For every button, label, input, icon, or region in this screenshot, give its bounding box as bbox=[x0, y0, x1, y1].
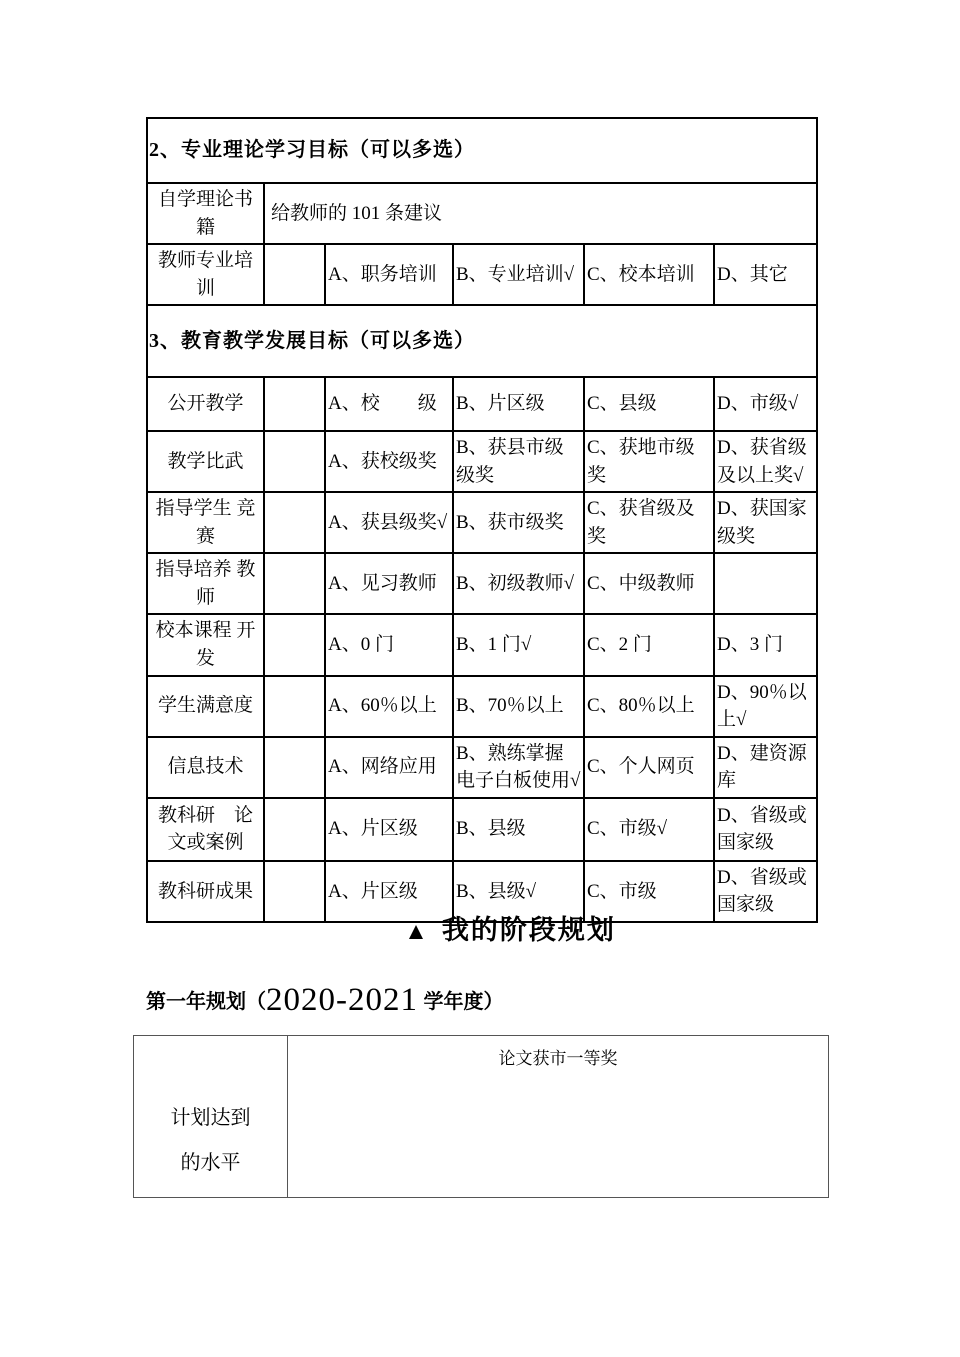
row-label-training: 教师专业培训 bbox=[147, 244, 264, 305]
option-cell-c: C、2 门 bbox=[584, 614, 714, 675]
table-row: 指导学生 竞赛 A、获县级奖√ B、获市级奖 C、获省级及奖 D、获国家级奖 bbox=[147, 492, 817, 553]
option-cell-b: B、熟练掌握电子白板使用√ bbox=[453, 737, 584, 798]
section-3-title-row: 3、教育教学发展目标（可以多选） bbox=[147, 305, 817, 377]
option-cell-a: A、职务培训 bbox=[325, 244, 453, 305]
table-row: 计划达到 的水平 论文获市一等奖 bbox=[134, 1036, 829, 1198]
row-label: 教学比武 bbox=[147, 431, 264, 492]
spacer-cell bbox=[264, 377, 325, 431]
option-cell-d: D、获省级及以上奖√ bbox=[714, 431, 817, 492]
spacer-cell bbox=[264, 798, 325, 861]
section-2-title: 2、专业理论学习目标（可以多选） bbox=[147, 118, 817, 183]
section-3-title: 3、教育教学发展目标（可以多选） bbox=[147, 305, 817, 377]
spacer-cell bbox=[264, 737, 325, 798]
first-year-plan-line: 第一年规划（2020-2021 学年度） bbox=[146, 980, 504, 1022]
year-plan-title: 第一年规划 bbox=[146, 991, 246, 1013]
option-cell-b: B、1 门√ bbox=[453, 614, 584, 675]
option-cell-d bbox=[714, 553, 817, 614]
option-cell-d: D、获国家级奖 bbox=[714, 492, 817, 553]
year-plan-open-paren: （ bbox=[246, 991, 266, 1013]
option-cell-c: C、80％以上 bbox=[584, 676, 714, 737]
row-label: 学生满意度 bbox=[147, 676, 264, 737]
option-cell-c: C、个人网页 bbox=[584, 737, 714, 798]
option-cell-a: A、片区级 bbox=[325, 798, 453, 861]
row-label: 指导培养 教师 bbox=[147, 553, 264, 614]
table-row: 指导培养 教师 A、见习教师 B、初级教师√ C、中级教师 bbox=[147, 553, 817, 614]
option-cell-c: C、县级 bbox=[584, 377, 714, 431]
option-cell-a: A、获县级奖√ bbox=[325, 492, 453, 553]
option-cell-d: D、3 门 bbox=[714, 614, 817, 675]
option-cell-d: D、其它 bbox=[714, 244, 817, 305]
option-cell-a: A、见习教师 bbox=[325, 553, 453, 614]
spacer-cell bbox=[264, 676, 325, 737]
row-label: 指导学生 竞赛 bbox=[147, 492, 264, 553]
triangle-marker-icon: ▲ bbox=[404, 918, 428, 945]
option-cell-a: A、校 级 bbox=[325, 377, 453, 431]
option-cell-a: A、网络应用 bbox=[325, 737, 453, 798]
option-cell-a: A、获校级奖 bbox=[325, 431, 453, 492]
option-cell-c: C、市级√ bbox=[584, 798, 714, 861]
option-cell-a: A、60％以上 bbox=[325, 676, 453, 737]
row-label: 教科研 论文或案例 bbox=[147, 798, 264, 861]
table-row: 校本课程 开发 A、0 门 B、1 门√ C、2 门 D、3 门 bbox=[147, 614, 817, 675]
row-label: 信息技术 bbox=[147, 737, 264, 798]
plan-level-label-cell: 计划达到 的水平 bbox=[134, 1036, 288, 1198]
document-page: 2、专业理论学习目标（可以多选） 自学理论书籍 给教师的 101 条建议 教师专… bbox=[0, 0, 960, 1357]
option-cell-d: D、市级√ bbox=[714, 377, 817, 431]
option-cell-c: C、获省级及奖 bbox=[584, 492, 714, 553]
year-plan-years: 2020-2021 bbox=[266, 982, 418, 1018]
plan-level-label-line2: 的水平 bbox=[134, 1141, 287, 1186]
option-cell-b: B、70％以上 bbox=[453, 676, 584, 737]
section-2-title-row: 2、专业理论学习目标（可以多选） bbox=[147, 118, 817, 183]
table-row: 学生满意度 A、60％以上 B、70％以上 C、80％以上 D、90％以上√ bbox=[147, 676, 817, 737]
row-label-book: 自学理论书籍 bbox=[147, 183, 264, 244]
first-year-plan-table: 计划达到 的水平 论文获市一等奖 bbox=[133, 1035, 829, 1198]
spacer-cell bbox=[264, 553, 325, 614]
plan-level-label-line1: 计划达到 bbox=[134, 1096, 287, 1141]
spacer-cell bbox=[264, 492, 325, 553]
option-cell-b: B、获县市级级奖 bbox=[453, 431, 584, 492]
option-cell-c: C、中级教师 bbox=[584, 553, 714, 614]
option-cell-b: B、获市级奖 bbox=[453, 492, 584, 553]
option-cell-c: C、校本培训 bbox=[584, 244, 714, 305]
table-row: 教学比武 A、获校级奖 B、获县市级级奖 C、获地市级奖 D、获省级及以上奖√ bbox=[147, 431, 817, 492]
option-cell-d: D、省级或国家级 bbox=[714, 798, 817, 861]
table-row: 自学理论书籍 给教师的 101 条建议 bbox=[147, 183, 817, 244]
row-label: 公开教学 bbox=[147, 377, 264, 431]
option-cell-c: C、获地市级奖 bbox=[584, 431, 714, 492]
table-row: 教师专业培训 A、职务培训 B、专业培训√ C、校本培训 D、其它 bbox=[147, 244, 817, 305]
option-cell-d: D、90％以上√ bbox=[714, 676, 817, 737]
option-cell-d: D、建资源库 bbox=[714, 737, 817, 798]
stage-plan-heading-text: 我的阶段规划 bbox=[442, 915, 616, 945]
option-cell-b: B、县级 bbox=[453, 798, 584, 861]
table-row: 公开教学 A、校 级 B、片区级 C、县级 D、市级√ bbox=[147, 377, 817, 431]
option-cell-b: B、片区级 bbox=[453, 377, 584, 431]
stage-plan-heading: ▲我的阶段规划 bbox=[30, 908, 960, 947]
table-row: 信息技术 A、网络应用 B、熟练掌握电子白板使用√ C、个人网页 D、建资源库 bbox=[147, 737, 817, 798]
spacer-cell bbox=[264, 614, 325, 675]
option-cell-b: B、初级教师√ bbox=[453, 553, 584, 614]
spacer-cell bbox=[264, 244, 325, 305]
book-title-cell: 给教师的 101 条建议 bbox=[264, 183, 817, 244]
plan-level-content-cell: 论文获市一等奖 bbox=[288, 1036, 829, 1198]
table-row: 教科研 论文或案例 A、片区级 B、县级 C、市级√ D、省级或国家级 bbox=[147, 798, 817, 861]
row-label: 校本课程 开发 bbox=[147, 614, 264, 675]
option-cell-a: A、0 门 bbox=[325, 614, 453, 675]
option-cell-b: B、专业培训√ bbox=[453, 244, 584, 305]
year-plan-suffix: 学年度） bbox=[418, 991, 504, 1013]
development-goals-table: 2、专业理论学习目标（可以多选） 自学理论书籍 给教师的 101 条建议 教师专… bbox=[146, 117, 818, 923]
spacer-cell bbox=[264, 431, 325, 492]
